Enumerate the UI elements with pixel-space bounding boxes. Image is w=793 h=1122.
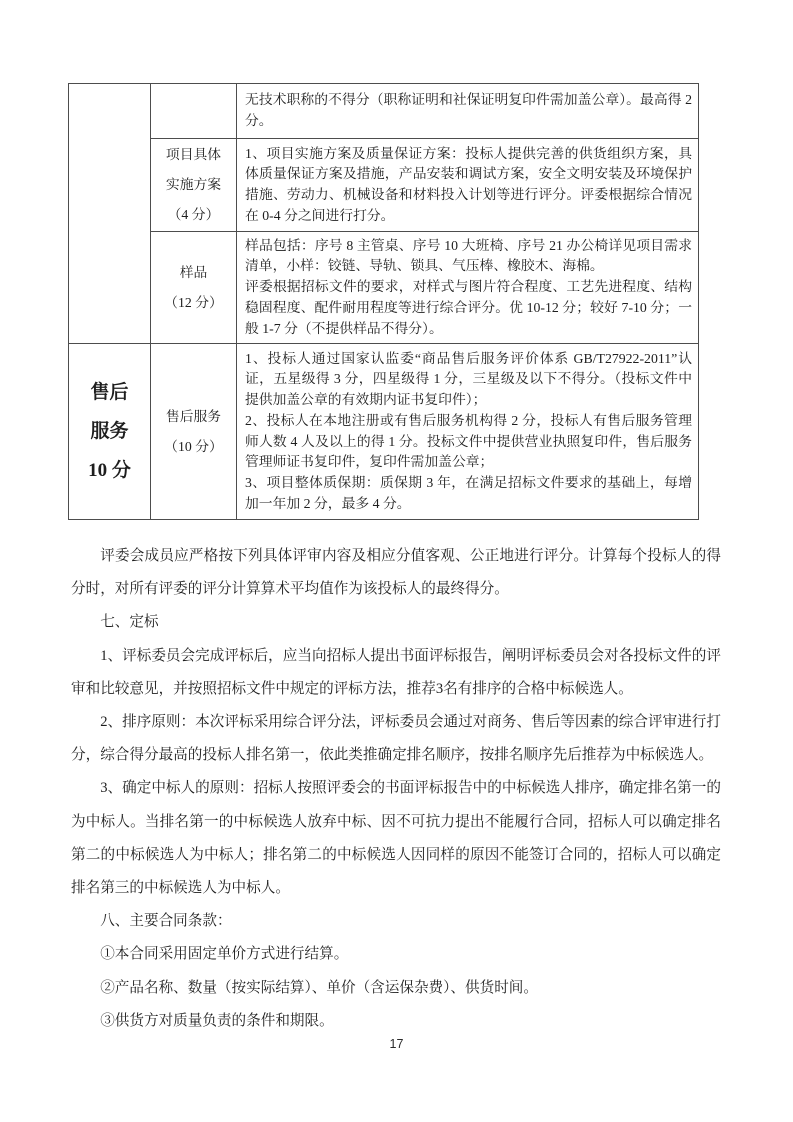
table-row-technical-title: 无技术职称的不得分（职称证明和社保证明复印件需加盖公章）。最高得 2 分。 [69,84,699,139]
section-heading-award: 七、定标 [71,606,721,639]
paragraph-contract-term-2: ②产品名称、数量（按实际结算）、单价（含运保杂费）、供货时间。 [71,972,721,1005]
criteria-cell-implementation-plan: 1、项目实施方案及质量保证方案：投标人提供完善的供货组织方案，具体质量保证方案及… [237,139,699,232]
page-number: 17 [0,1037,793,1051]
section-heading-contract-terms: 八、主要合同条款： [71,905,721,938]
table-row-implementation-plan: 项目具体 实施方案 （4 分） 1、项目实施方案及质量保证方案：投标人提供完善的… [69,139,699,232]
paragraph-award-report: 1、评标委员会完成评标后，应当向招标人提出书面评标报告，阐明评标委员会对各投标文… [71,640,721,706]
body-text: 评委会成员应严格按下列具体评审内容及相应分值客观、公正地进行评分。计算每个投标人… [71,540,721,1038]
item-cell-sample: 样品 （12 分） [151,232,237,344]
criteria-cell-after-sales: 1、投标人通过国家认监委“商品售后服务评价体系 GB/T27922-2011”认… [237,344,699,520]
document-page: 无技术职称的不得分（职称证明和社保证明复印件需加盖公章）。最高得 2 分。 项目… [0,0,793,1122]
criteria-cell-sample: 样品包括：序号 8 主管桌、序号 10 大班椅、序号 21 办公椅详见项目需求清… [237,232,699,344]
item-cell-after-sales: 售后服务 （10 分） [151,344,237,520]
paragraph-contract-term-3: ③供货方对质量负责的条件和期限。 [71,1005,721,1038]
item-cell-implementation-plan: 项目具体 实施方案 （4 分） [151,139,237,232]
paragraph-ranking-principle: 2、排序原则：本次评标采用综合评分法，评标委员会通过对商务、售后等因素的综合评审… [71,706,721,772]
criteria-cell-technical-title: 无技术职称的不得分（职称证明和社保证明复印件需加盖公章）。最高得 2 分。 [237,84,699,139]
table-row-sample: 样品 （12 分） 样品包括：序号 8 主管桌、序号 10 大班椅、序号 21 … [69,232,699,344]
evaluation-criteria-table: 无技术职称的不得分（职称证明和社保证明复印件需加盖公章）。最高得 2 分。 项目… [68,83,699,520]
paragraph-scoring-note: 评委会成员应严格按下列具体评审内容及相应分值客观、公正地进行评分。计算每个投标人… [71,540,721,606]
paragraph-contract-term-1: ①本合同采用固定单价方式进行结算。 [71,938,721,971]
table-row-after-sales: 售后 服务 10 分 售后服务 （10 分） 1、投标人通过国家认监委“商品售后… [69,344,699,520]
category-cell-merged-empty [69,84,151,344]
paragraph-winner-principle: 3、确定中标人的原则：招标人按照评委会的书面评标报告中的中标候选人排序，确定排名… [71,772,721,905]
category-cell-after-sales: 售后 服务 10 分 [69,344,151,520]
item-cell-empty [151,84,237,139]
